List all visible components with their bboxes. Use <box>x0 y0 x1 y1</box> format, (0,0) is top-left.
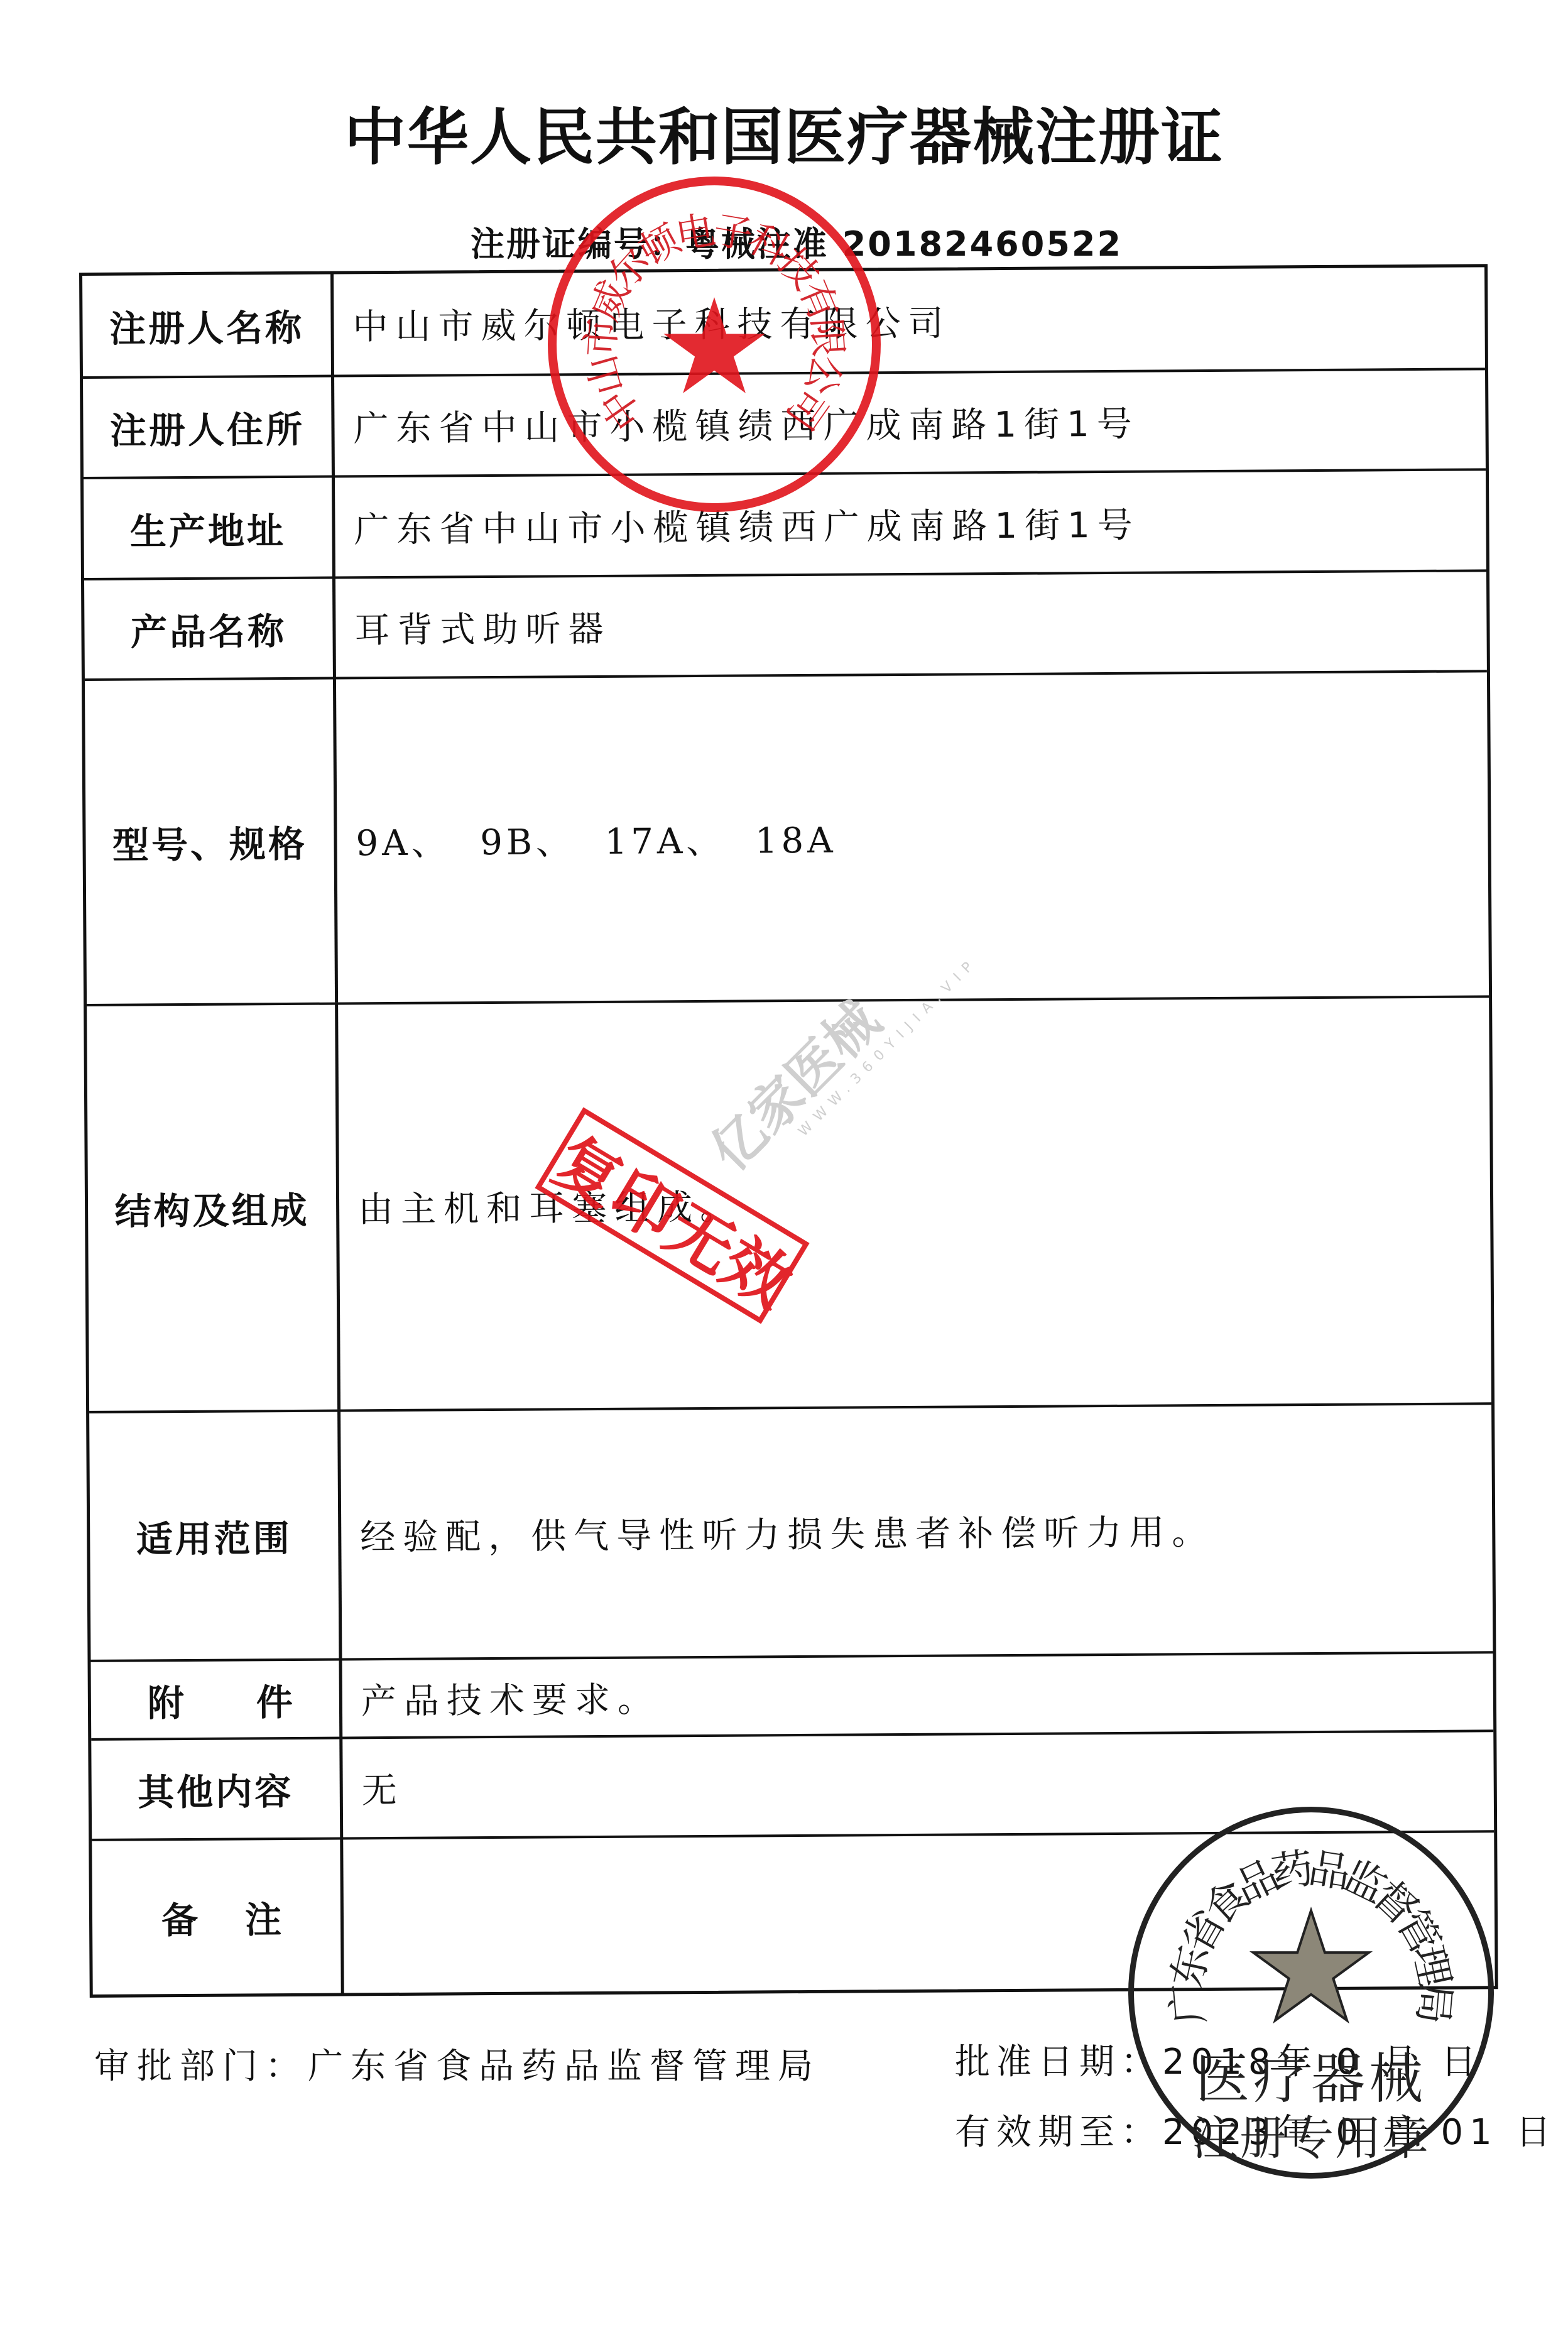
registrant-address: 广东省中山市小榄镇绩西广成南路1街1号 <box>334 370 1486 475</box>
table-row: 附件 产品技术要求。 <box>90 1651 1493 1738</box>
row-label: 其他内容 <box>91 1739 343 1838</box>
row-label: 型号、规格 <box>85 680 338 1004</box>
structure-composition: 由主机和耳塞组成。 <box>338 998 1491 1409</box>
red-star-icon: ★ <box>655 281 773 413</box>
row-label: 注册人住所 <box>83 378 335 477</box>
registrant-name: 中山市威尔顿电子科技有限公司 <box>334 267 1485 374</box>
row-label: 备注 <box>92 1839 344 1994</box>
company-seal: 中山市威尔顿电子科技有限公司 ★ <box>548 177 881 512</box>
row-label: 生产地址 <box>84 478 335 578</box>
seal-center-line2: 注册专用章 <box>1134 2101 1488 2168</box>
production-address: 广东省中山市小榄镇绩西广成南路1街1号 <box>335 471 1486 576</box>
row-label: 附件 <box>91 1660 343 1738</box>
row-label: 注册人名称 <box>82 275 334 376</box>
row-label: 适用范围 <box>89 1412 342 1659</box>
attachments: 产品技术要求。 <box>342 1653 1494 1736</box>
table-row: 型号、规格 9A、 9B、 17A、 18A <box>85 670 1489 1004</box>
row-label: 结构及组成 <box>87 1005 340 1411</box>
row-label: 产品名称 <box>84 579 336 678</box>
government-seal: 广东省食品药品监督管理局 ★ 医疗器械 注册专用章 <box>1128 1807 1494 2179</box>
approval-department: 审批部门：广东省食品药品监督管理局 <box>94 2039 820 2089</box>
star-icon: ★ <box>1243 1892 1378 2043</box>
certificate-title: 中华人民共和国医疗器械注册证 <box>0 107 1568 168</box>
scope-of-application: 经验配，供气导性听力损失患者补偿听力用。 <box>340 1405 1493 1658</box>
table-row: 适用范围 经验配，供气导性听力损失患者补偿听力用。 <box>89 1402 1493 1660</box>
table-row: 产品名称 耳背式助听器 <box>84 569 1487 678</box>
product-name: 耳背式助听器 <box>335 572 1487 677</box>
